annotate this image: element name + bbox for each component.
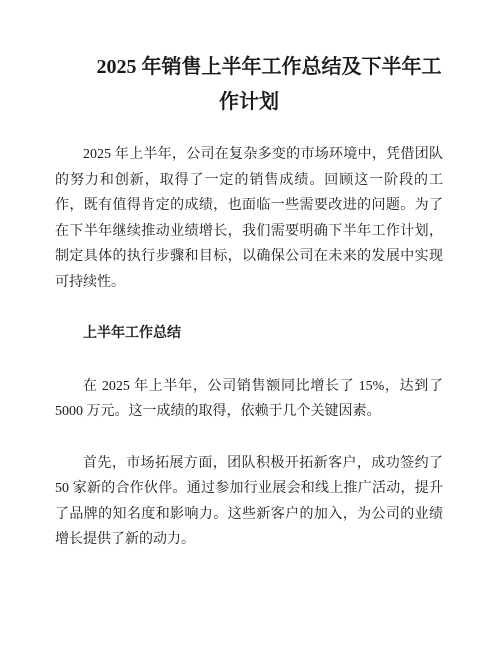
section-heading: 上半年工作总结 — [55, 321, 443, 347]
body-paragraph-sales-results: 在 2025 年上半年，公司销售额同比增长了 15%，达到了 5000 万元。这… — [55, 374, 443, 425]
body-paragraph-market-expansion: 首先，市场拓展方面，团队积极开拓新客户，成功签约了 50 家新的合作伙伴。通过参… — [55, 451, 443, 553]
document-page: 2025 年销售上半年工作总结及下半年工作计划 2025 年上半年，公司在复杂多… — [0, 0, 500, 647]
intro-paragraph: 2025 年上半年，公司在复杂多变的市场环境中，凭借团队的努力和创新，取得了一定… — [55, 142, 443, 295]
document-title: 2025 年销售上半年工作总结及下半年工作计划 — [55, 50, 443, 120]
